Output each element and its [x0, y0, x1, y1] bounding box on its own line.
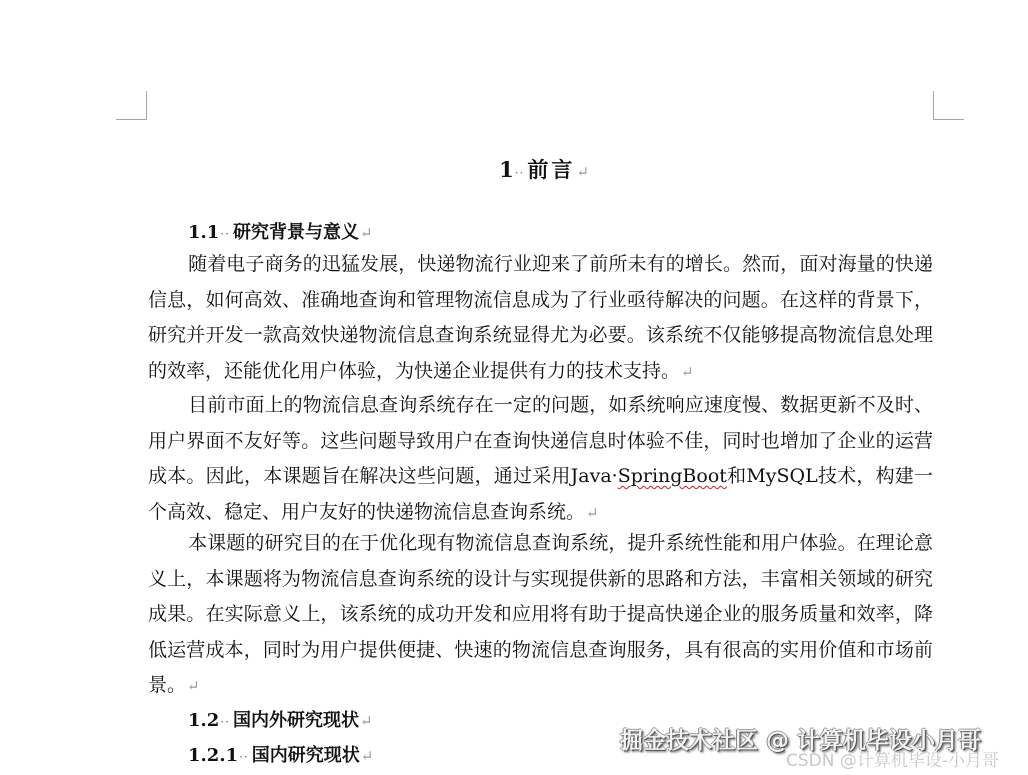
paragraph-mark: ↵ [361, 747, 374, 765]
section-heading-1-1: 1.1··研究背景与意义↵ [188, 218, 373, 244]
paragraph-mark: ↵ [360, 224, 373, 242]
paragraph-mark: ↵ [187, 677, 200, 695]
paragraph-mark: ↵ [586, 504, 599, 522]
paragraph-text: 本课题的研究目的在于优化现有物流信息查询系统，提升系统性能和用户体验。在理论意义… [148, 532, 933, 696]
paragraph-mark: ↵ [681, 363, 694, 381]
csdn-watermark: CSDN @计算机毕设-小月哥 [786, 746, 999, 771]
section-number: 1.1 [188, 222, 219, 243]
section-number: 1.2 [188, 710, 219, 731]
paragraph-mark: ↵ [360, 712, 373, 730]
paragraph-text: 随着电子商务的迅猛发展，快递物流行业迎来了前所未有的增长。然而，面对海量的快递信… [148, 253, 933, 382]
section-title: 国内研究现状 [252, 745, 360, 766]
body-paragraph-2: 目前市面上的物流信息查询系统存在一定的问题，如系统响应速度慢、数据更新不及时、用… [148, 388, 933, 531]
space-marks: ·· [515, 166, 525, 180]
space-marks: ·· [239, 750, 249, 764]
section-heading-1-2: 1.2··国内外研究现状↵ [188, 706, 373, 732]
section-title: 国内外研究现状 [233, 710, 359, 731]
chapter-title: 前言 [527, 157, 575, 182]
section-number: 1.2.1 [188, 745, 238, 766]
margin-corner-top-right [933, 91, 964, 120]
section-title: 研究背景与意义 [233, 222, 359, 243]
chapter-heading: 1··前言↵ [0, 154, 1028, 184]
body-paragraph-1: 随着电子商务的迅猛发展，快递物流行业迎来了前所未有的增长。然而，面对海量的快递信… [148, 247, 933, 390]
space-marks: ·· [220, 715, 230, 729]
margin-corner-top-left [116, 91, 147, 120]
paragraph-mark: ↵ [576, 163, 589, 181]
spellcheck-underlined-word[interactable]: SpringBoot [618, 465, 727, 487]
section-heading-1-2-1: 1.2.1··国内研究现状↵ [188, 741, 373, 767]
body-paragraph-3: 本课题的研究目的在于优化现有物流信息查询系统，提升系统性能和用户体验。在理论意义… [148, 526, 933, 705]
chapter-number: 1 [499, 157, 514, 182]
space-marks: ·· [220, 227, 230, 241]
